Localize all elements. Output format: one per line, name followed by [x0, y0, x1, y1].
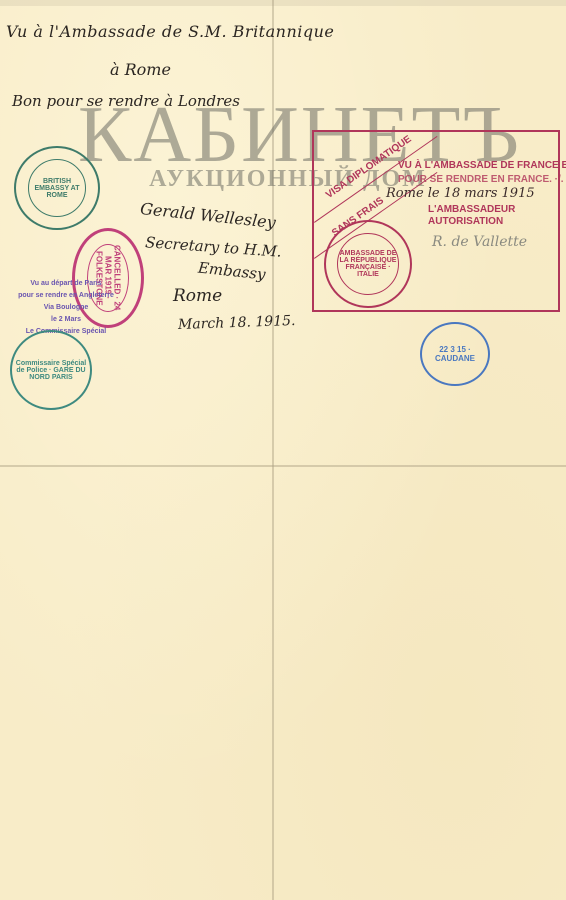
visa-date: Rome le 18 mars 1915: [386, 186, 535, 201]
purple-line-3: Via Boulogne: [0, 302, 132, 314]
crown-crest-icon: BRITISH EMBASSY AT ROME: [28, 159, 86, 217]
police-seal-text: Commissaire Spécial de Police · GARE DU …: [12, 360, 90, 381]
british-seal-text: BRITISH EMBASSY AT ROME: [29, 178, 85, 199]
signature-date: March 18. 1915.: [178, 313, 296, 333]
visa-line-4: AUTORISATION: [428, 216, 503, 227]
police-seal: Commissaire Spécial de Police · GARE DU …: [10, 330, 92, 410]
signature-name: Gerald Wellesley: [139, 199, 276, 232]
visa-line-2: POUR SE RENDRE EN FRANCE. ·/.: [398, 174, 564, 185]
blue-seal-text: 22 3 15 · CAUDANE: [422, 345, 488, 363]
paper-edge: [0, 0, 566, 6]
signature-place: Rome: [173, 286, 222, 306]
horizontal-fold-line: [0, 465, 566, 467]
handwritten-line-1: Vu à l'Ambassade de S.M. Britannique: [6, 22, 334, 41]
purple-departure-stamp: Vu au départ de Paris pour se rendre en …: [0, 278, 132, 338]
french-visa-stamp: VISA DIPLOMATIQUE SANS FRAIS VU À L'AMBA…: [312, 130, 560, 312]
french-seal-text: AMBASSADE DE LA RÉPUBLIQUE FRANÇAISE · I…: [338, 250, 398, 278]
purple-line-1: Vu au départ de Paris: [0, 278, 132, 290]
purple-line-4: le 2 Mars: [0, 314, 132, 326]
vertical-fold-line: [272, 0, 274, 900]
document-page: Vu à l'Ambassade de S.M. Britannique à R…: [0, 0, 566, 900]
handwritten-line-3: Bon pour se rendre à Londres: [12, 92, 240, 110]
marianne-figure-icon: AMBASSADE DE LA RÉPUBLIQUE FRANÇAISE · I…: [337, 233, 399, 295]
british-embassy-seal: BRITISH EMBASSY AT ROME: [14, 146, 100, 230]
blue-date-seal: 22 3 15 · CAUDANE: [420, 322, 490, 386]
purple-line-2: pour se rendre en Angleterre: [0, 290, 132, 302]
visa-line-3: L'AMBASSADEUR: [428, 204, 515, 215]
visa-line-1: VU À L'AMBASSADE DE FRANCE EN ITALIE: [398, 160, 566, 171]
french-embassy-seal: AMBASSADE DE LA RÉPUBLIQUE FRANÇAISE · I…: [324, 220, 412, 308]
handwritten-line-2: à Rome: [110, 60, 171, 79]
signature-office: Embassy: [197, 259, 266, 284]
ambassador-signature: R. de Vallette: [432, 234, 527, 250]
signature-title: Secretary to H.M.: [145, 233, 283, 260]
